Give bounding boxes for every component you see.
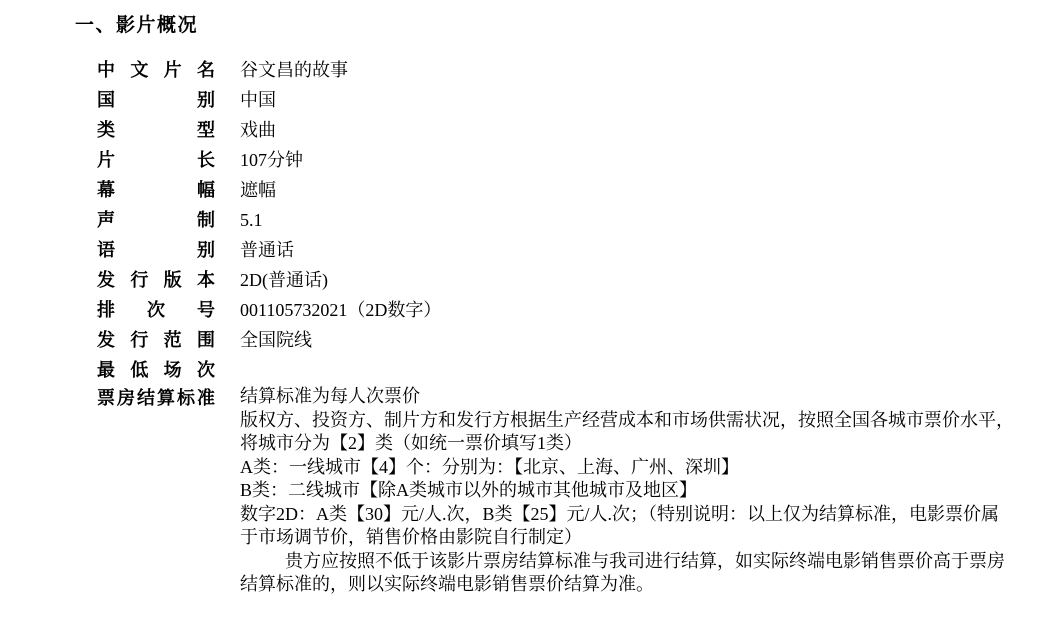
film-overview-document: 一、影片概况 中文片名 谷文昌的故事 国别 中国 类型 戏曲 片长 107分钟 …: [0, 0, 1058, 624]
field-label: 票房结算标准: [97, 385, 215, 410]
field-label: 发行范围: [97, 325, 215, 355]
field-value: 2D(普通话): [240, 265, 1015, 295]
field-row-runtime: 片长 107分钟: [97, 145, 1015, 175]
field-label: 中文片名: [97, 55, 215, 85]
field-label: 语别: [97, 235, 215, 265]
field-label: 声制: [97, 205, 215, 235]
settlement-line-standard: 结算标准为每人次票价: [240, 385, 1015, 409]
field-label: 类型: [97, 115, 215, 145]
field-row-serial-number: 排次号 001105732021（2D数字）: [97, 295, 1015, 325]
field-label: 幕幅: [97, 175, 215, 205]
field-value: 遮幅: [240, 175, 1015, 205]
field-row-release-version: 发行版本 2D(普通话): [97, 265, 1015, 295]
settlement-line-prices: 数字2D：A类【30】元/人.次，B类【25】元/人.次；（特别说明：以上仅为结…: [240, 503, 1015, 550]
field-value: 107分钟: [240, 145, 1015, 175]
field-value: 普通话: [240, 235, 1015, 265]
field-value: 5.1: [240, 205, 1015, 235]
field-row-country: 国别 中国: [97, 85, 1015, 115]
field-value: 戏曲: [240, 115, 1015, 145]
field-row-minimum-screenings: 最低场次: [97, 355, 1015, 385]
field-label: 最低场次: [97, 355, 215, 385]
field-row-box-office-settlement: 票房结算标准 结算标准为每人次票价 版权方、投资方、制片方和发行方根据生产经营成…: [97, 385, 1015, 597]
field-value: 谷文昌的故事: [240, 55, 1015, 85]
field-row-sound: 声制 5.1: [97, 205, 1015, 235]
field-value: 001105732021（2D数字）: [240, 295, 1015, 325]
field-row-genre: 类型 戏曲: [97, 115, 1015, 145]
field-value: 中国: [240, 85, 1015, 115]
field-label: 排次号: [97, 295, 215, 325]
settlement-line-city-classification: 版权方、投资方、制片方和发行方根据生产经营成本和市场供需状况，按照全国各城市票价…: [240, 409, 1015, 456]
field-row-aspect: 幕幅 遮幅: [97, 175, 1015, 205]
field-row-release-scope: 发行范围 全国院线: [97, 325, 1015, 355]
field-row-language: 语别 普通话: [97, 235, 1015, 265]
field-value: 全国院线: [240, 325, 1015, 355]
settlement-line-class-b: B类：二线城市【除A类城市以外的城市其他城市及地区】: [240, 479, 1015, 503]
settlement-line-class-a: A类：一线城市【4】个：分别为：【北京、上海、广州、深圳】: [240, 456, 1015, 480]
field-row-chinese-title: 中文片名 谷文昌的故事: [97, 55, 1015, 85]
field-label: 发行版本: [97, 265, 215, 295]
field-list: 中文片名 谷文昌的故事 国别 中国 类型 戏曲 片长 107分钟 幕幅 遮幅 声…: [97, 55, 1058, 597]
section-title: 一、影片概况: [75, 13, 1058, 39]
field-label: 片长: [97, 145, 215, 175]
settlement-line-obligation: 贵方应按照不低于该影片票房结算标准与我司进行结算，如实际终端电影销售票价高于票房…: [240, 550, 1015, 597]
field-label: 国别: [97, 85, 215, 115]
settlement-text-block: 结算标准为每人次票价 版权方、投资方、制片方和发行方根据生产经营成本和市场供需状…: [240, 385, 1015, 597]
